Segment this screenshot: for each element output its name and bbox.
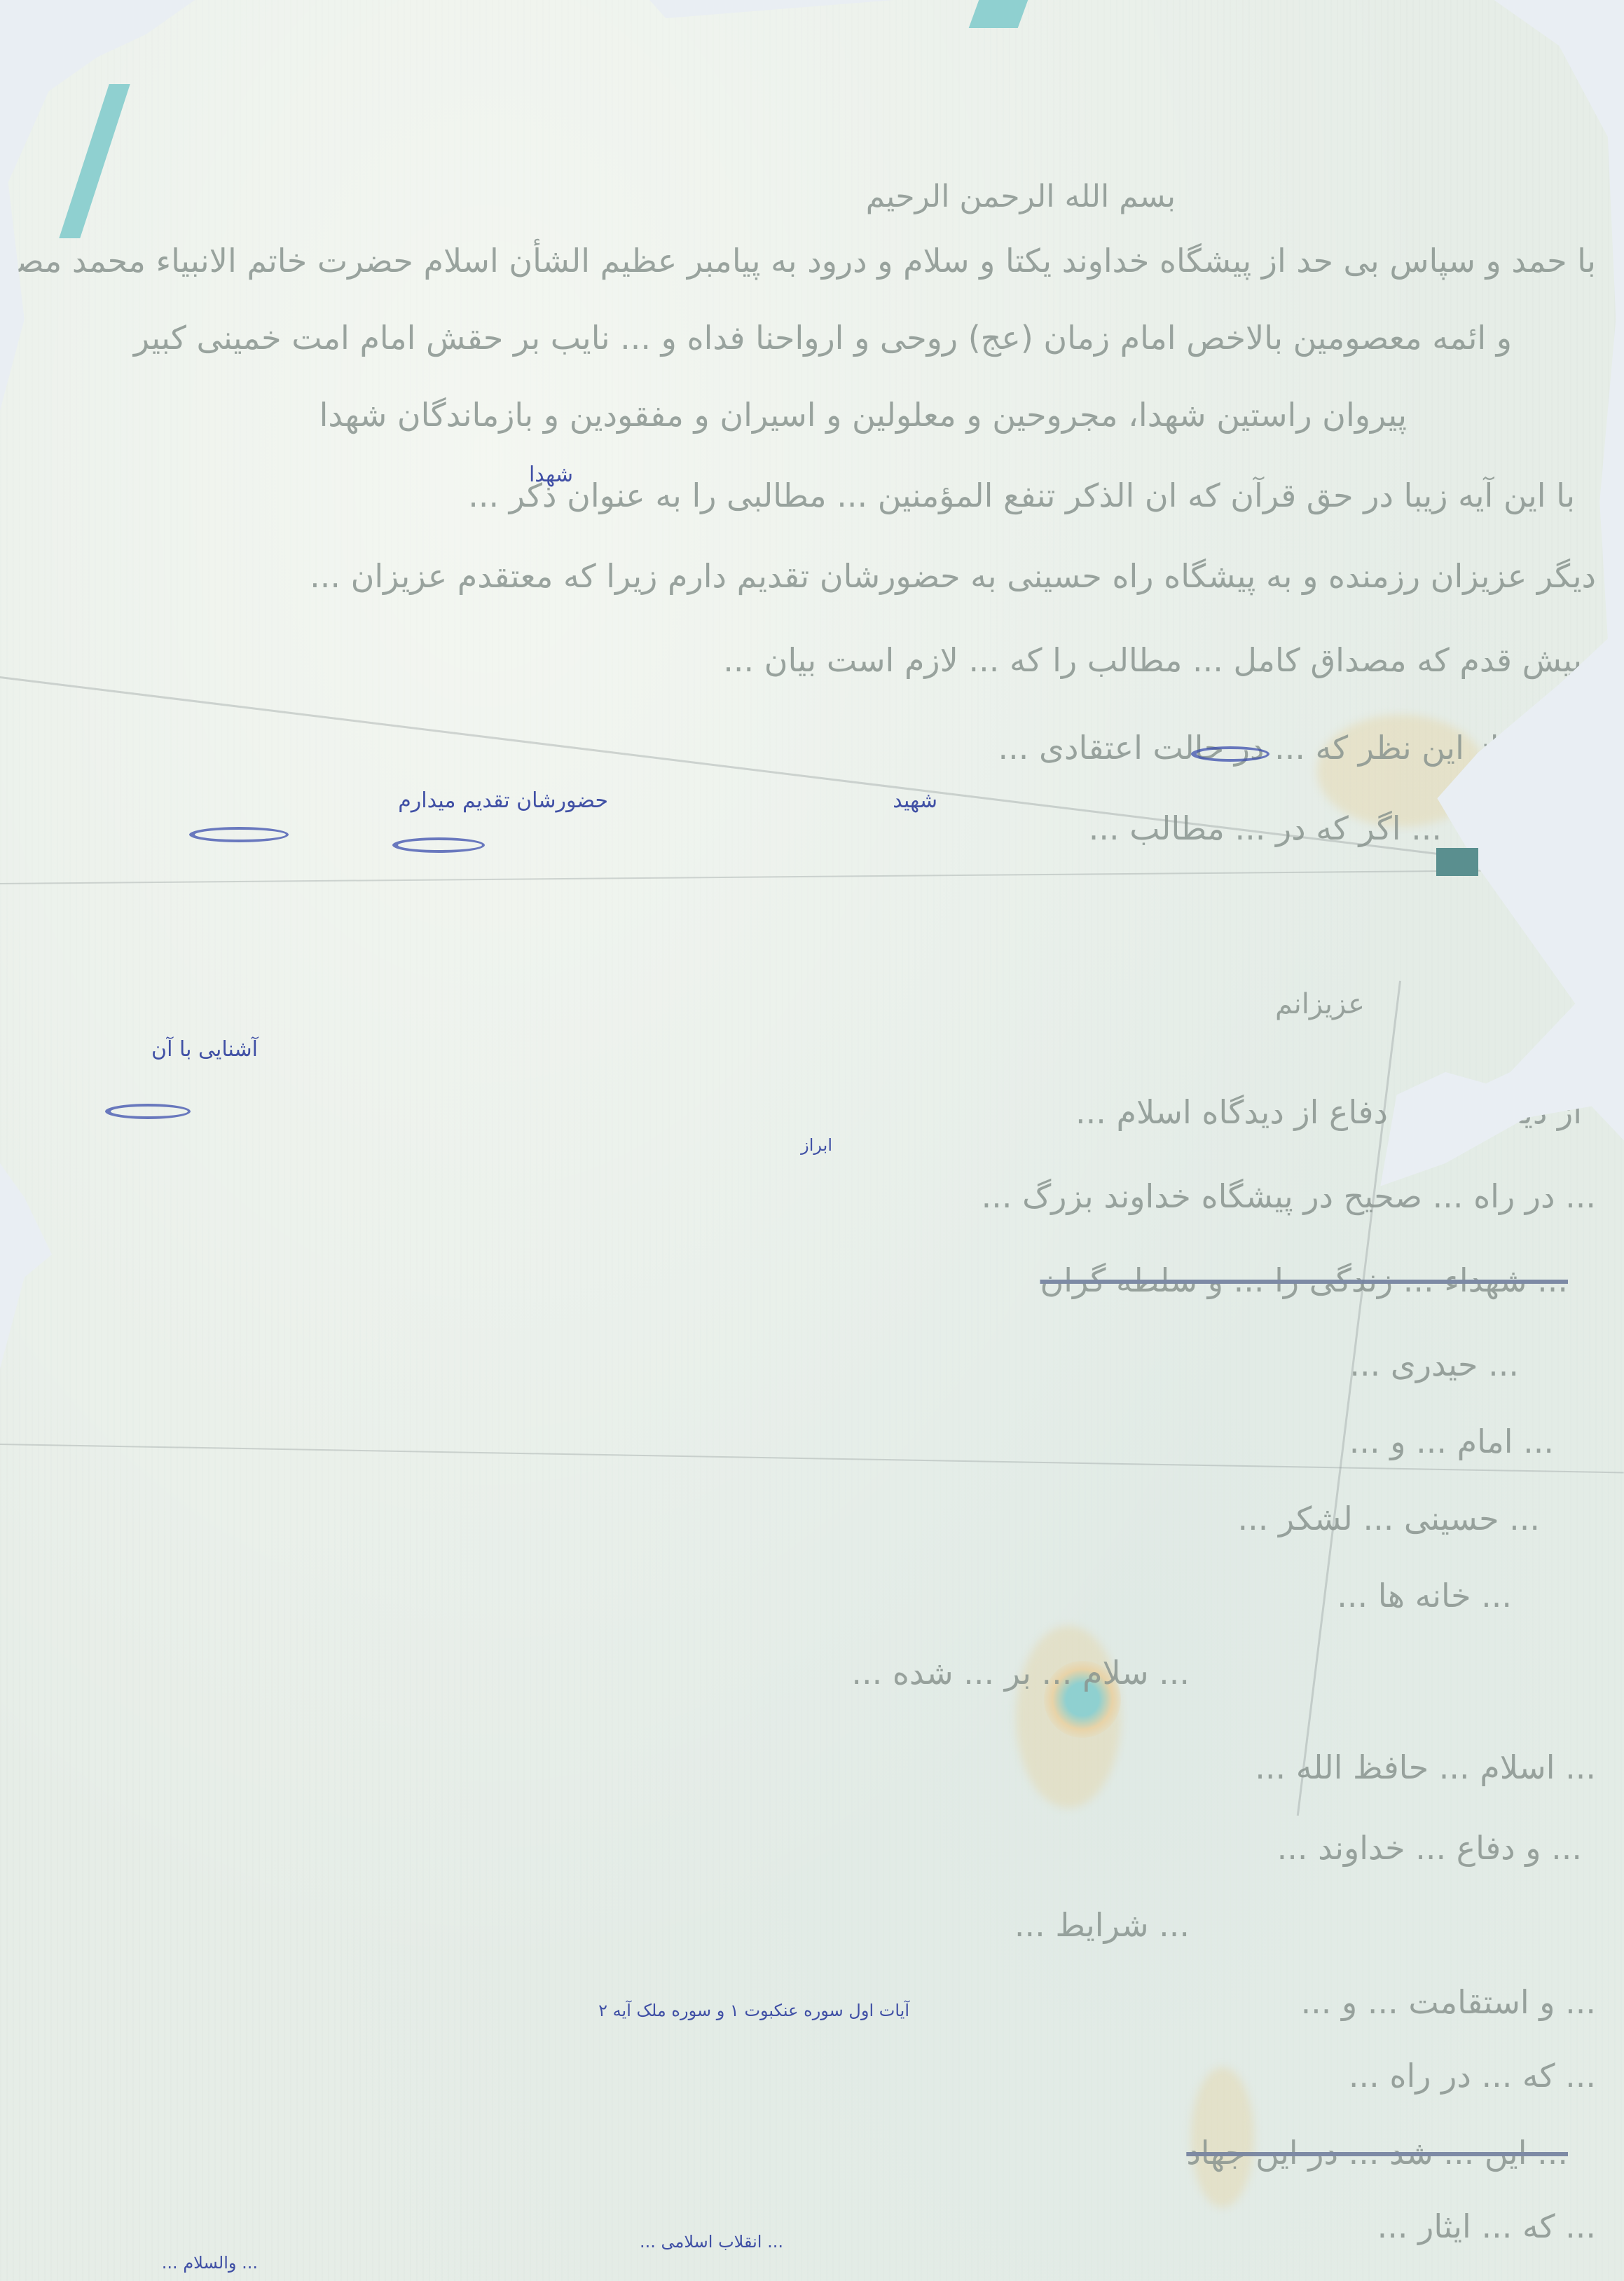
footer-note: ... والسلام ... — [162, 2253, 258, 2273]
blue-annotation: آشنایی با آن — [151, 1037, 258, 1062]
body-line: ... حسینی ... لشکر ... — [1238, 1500, 1541, 1537]
ink-scribble — [1191, 746, 1269, 762]
body-line: ... سلام ... بر ... شده ... — [851, 1654, 1190, 1692]
blue-annotation: شهدا — [529, 463, 573, 487]
body-line: با حمد و سپاس بی حد از پیشگاه خداوند یکت… — [0, 242, 1596, 280]
fold-crease — [0, 869, 1624, 884]
ink-scribble — [189, 827, 289, 842]
body-line: پیش قدم که مصداق کامل ... مطالب را که ..… — [723, 641, 1582, 679]
body-line: ... اسلام ... حافظ الله ... — [1255, 1748, 1596, 1786]
torn-edge — [969, 0, 1028, 28]
body-line: ... و استقامت ... و ... — [1301, 1983, 1596, 2021]
blue-annotation: ابراز — [801, 1135, 832, 1155]
ink-scribble — [392, 837, 485, 853]
blue-annotation: حضورشان تقدیم میدارم — [398, 788, 608, 813]
body-line: ... از این نظر که ... در حالت اعتقادی ..… — [998, 729, 1541, 767]
footer-note: ... انقلاب اسلامی ... — [640, 2232, 783, 2252]
body-line: ... این ... شد ... در این جهاد — [1186, 2134, 1568, 2172]
body-line: ... شرایط ... — [1014, 1906, 1190, 1944]
body-line: ... که ... ایثار ... — [1377, 2207, 1596, 2245]
letter-page: بسم الله الرحمن الرحیم با حمد و سپاس بی … — [0, 0, 1624, 2281]
blue-annotation: آیات اول سوره عنکبوت ۱ و سوره ملک آیه ۲ — [598, 2001, 909, 2020]
body-line: ... خانه ها ... — [1337, 1577, 1512, 1615]
body-line: از دیدگاه ... و دفاع از دیدگاه اسلام ... — [1075, 1093, 1582, 1131]
torn-edge — [1436, 848, 1478, 876]
blue-annotation: شهید — [893, 788, 937, 813]
basmala: بسم الله الرحمن الرحیم — [866, 179, 1176, 214]
body-line: ... حیدری ... — [1349, 1345, 1519, 1383]
ink-scribble — [105, 1104, 191, 1119]
body-line: پیروان راستین شهدا، مجروحین و معلولین و … — [319, 396, 1407, 434]
salutation: عزیزانم — [1275, 988, 1365, 1020]
body-line: با این آیه زیبا در حق قرآن که ان الذکر ت… — [468, 477, 1575, 514]
body-line: ... امام ... و ... — [1349, 1423, 1554, 1460]
body-line: و ائمه معصومین بالاخص امام زمان (عج) روح… — [134, 319, 1512, 357]
body-line: ... شهداء ... زندگی را ... و سلطه گران — [1040, 1261, 1569, 1299]
body-line: ... در راه ... صحیح در پیشگاه خداوند بزر… — [982, 1177, 1596, 1215]
body-line: ... اگر که در ... مطالب ... — [1089, 809, 1442, 847]
body-line: ... که ... در راه ... — [1349, 2057, 1596, 2095]
body-line: دیگر عزیزان رزمنده و به پیشگاه راه حسینی… — [310, 557, 1596, 595]
body-line: ... و دفاع ... خداوند ... — [1277, 1829, 1582, 1867]
